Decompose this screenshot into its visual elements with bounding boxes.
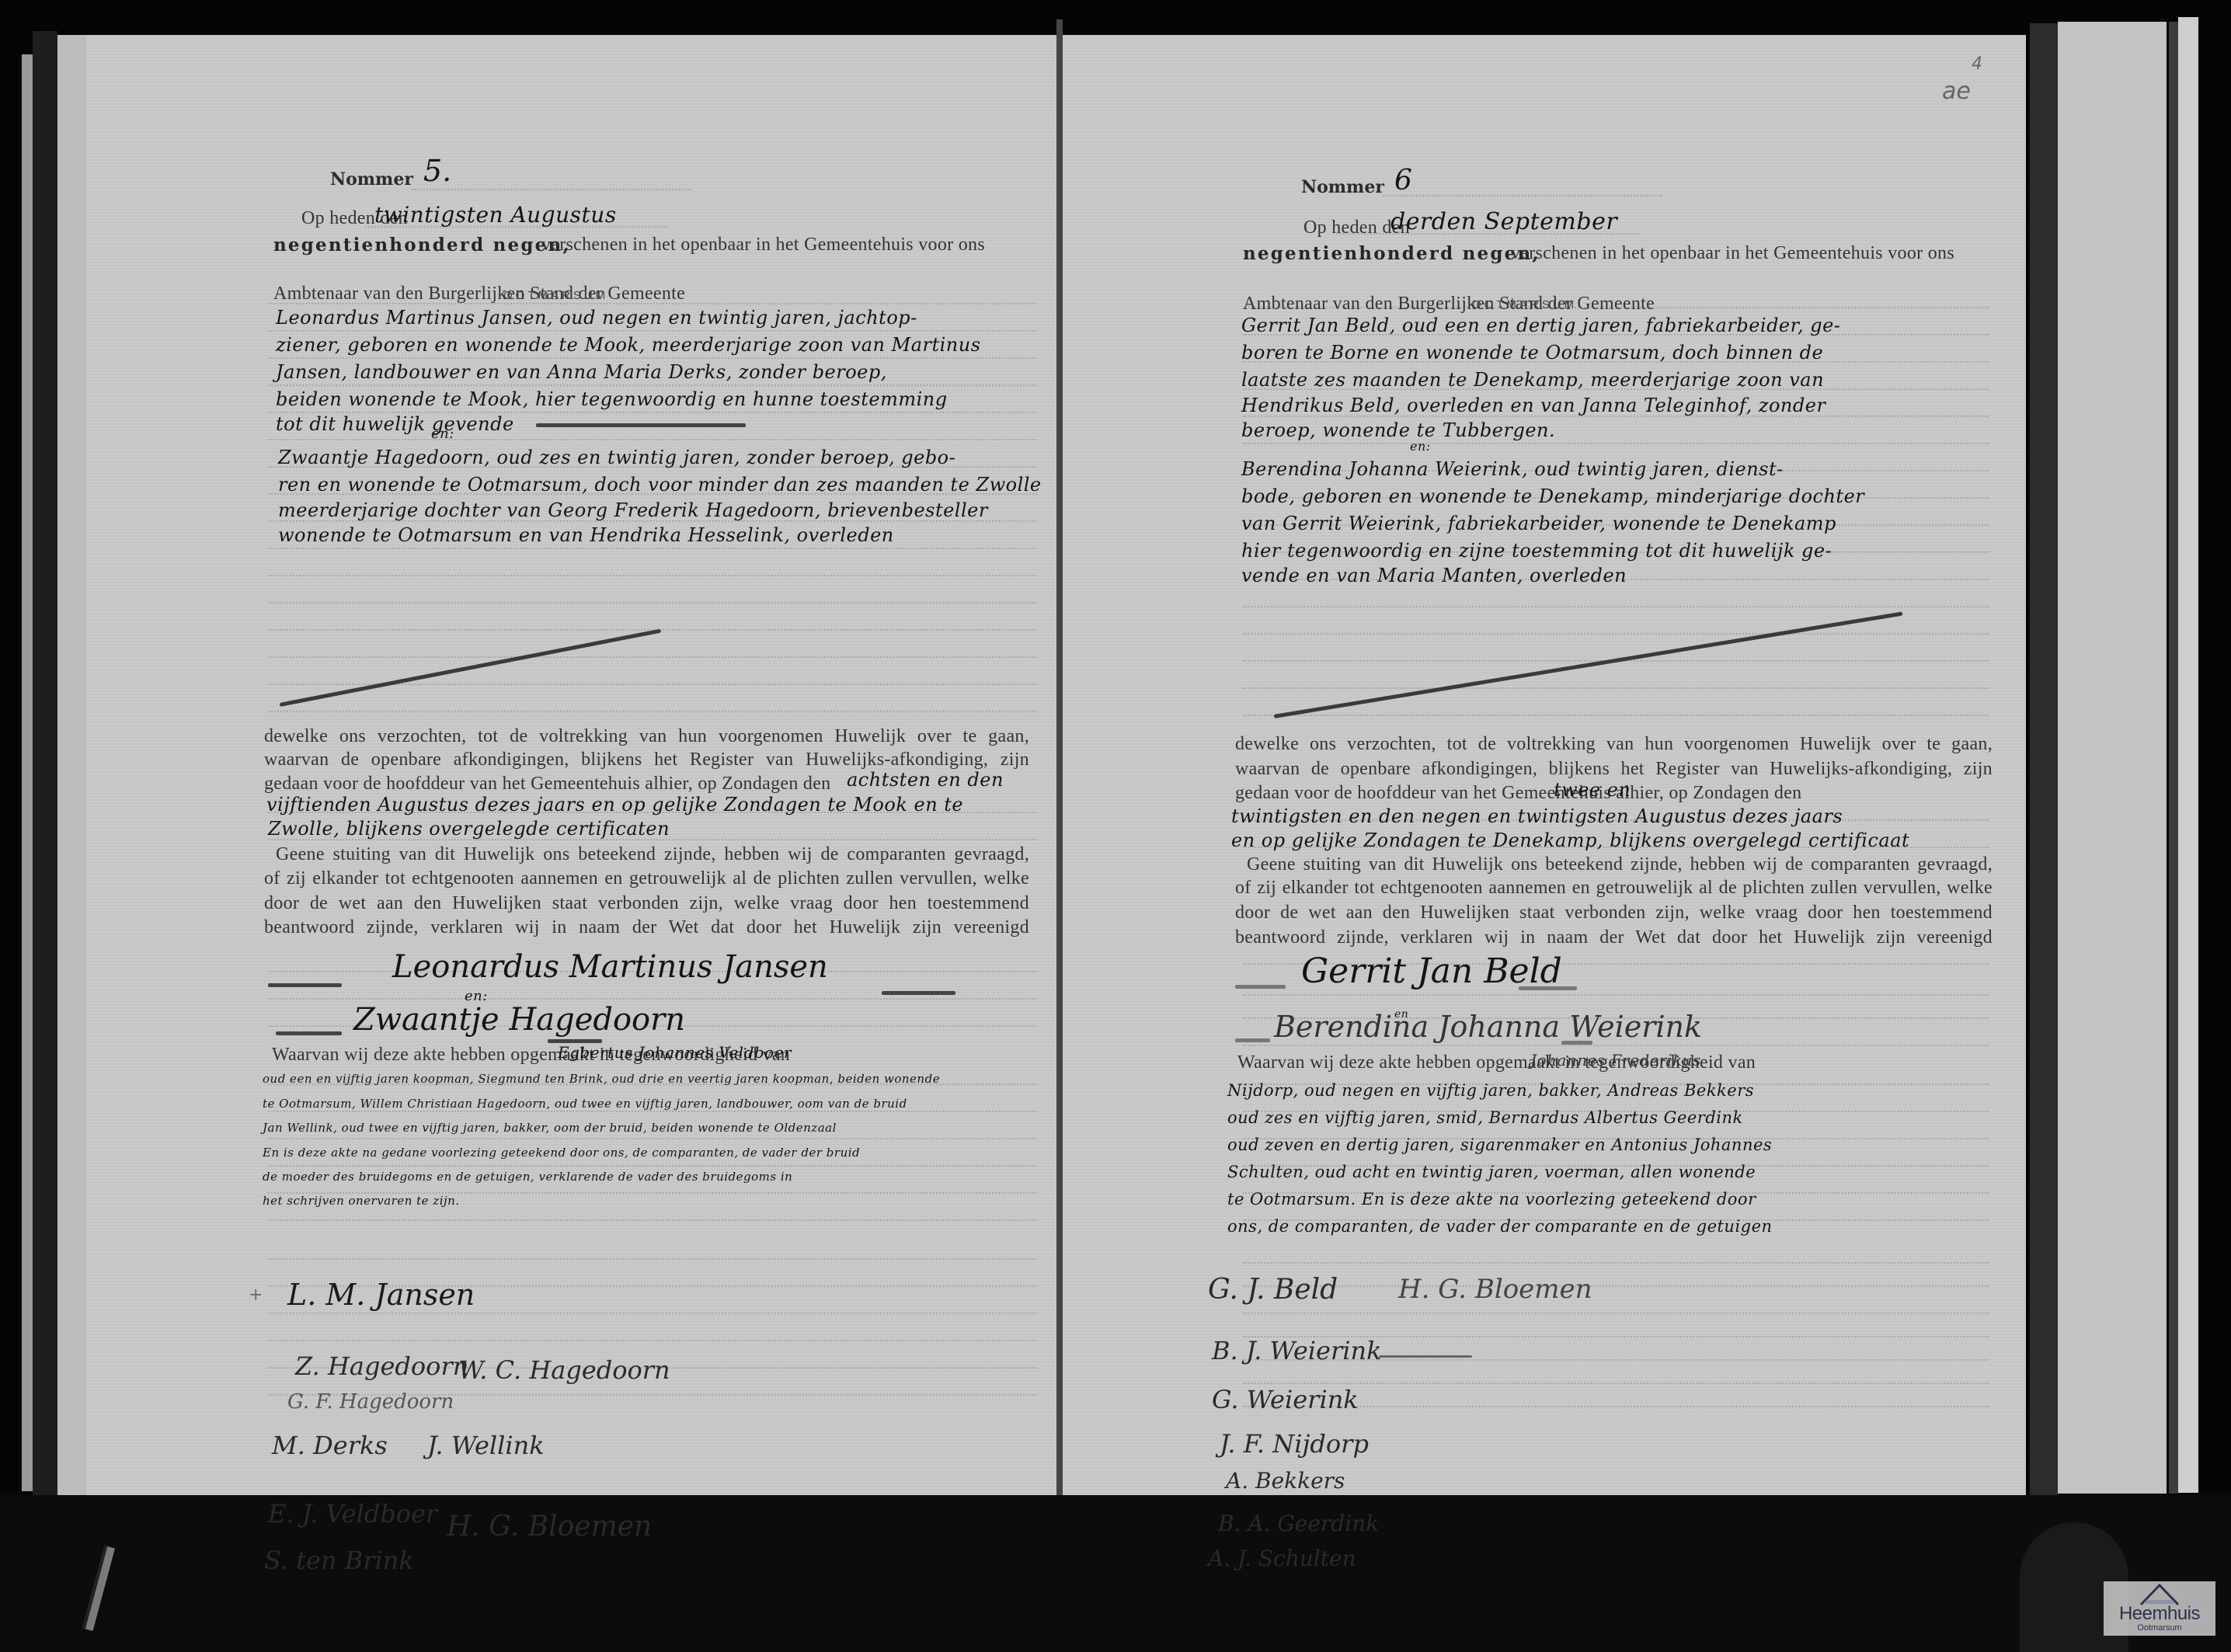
left-ambtenaar: Ambtenaar van den Burgerlijken Stand der… (273, 283, 685, 304)
right-date: derden September (1390, 208, 1617, 235)
right-bride-line: hier tegenwoordig en zijne toestemming t… (1241, 540, 1832, 562)
right-witness-line: te Ootmarsum. En is deze akte na voorlez… (1227, 1190, 1756, 1209)
pencil-mark: ae (1942, 78, 1971, 105)
right-sundays-handwritten: twintigsten en den negen en twintigsten … (1231, 805, 1843, 827)
left-bride-line: ren en wonende te Ootmarsum, doch voor m… (278, 474, 1042, 496)
right-witness-line: oud zeven en dertig jaren, sigarenmaker … (1227, 1136, 1772, 1154)
left-united-dash (268, 983, 342, 987)
left-united-dash (276, 1031, 342, 1035)
right-groom-line: laatste zes maanden te Denekamp, meerder… (1241, 369, 1824, 391)
right-bride-line: bode, geboren en wonende te Denekamp, mi… (1241, 485, 1864, 507)
left-year-bold: negentienhonderd negen, (273, 235, 571, 256)
left-groom-endline (536, 423, 746, 427)
right-witness-line: Johannes Frederikus (1530, 1051, 1701, 1069)
left-witness-line: oud een en vijftig jaren koopman, Siegmu… (263, 1072, 940, 1086)
left-bride-line: wonende te Ootmarsum en van Hendrika Hes… (278, 524, 894, 546)
signature: G. F. Hagedoorn (287, 1390, 454, 1414)
right-year-bold: negentienhonderd negen, (1243, 243, 1540, 264)
signature: H. G. Bloemen (1398, 1274, 1592, 1305)
right-gemeente: OOTMARSUM (1472, 298, 1577, 311)
right-leaf-shadow (2169, 22, 2178, 1494)
left-sundays-handwritten: achtsten en den (847, 769, 1004, 791)
signature: J. Wellink (427, 1431, 545, 1460)
left-nommer-label: Nommer (330, 169, 413, 190)
right-witness-line: oud zes en vijftig jaren, smid, Bernardu… (1227, 1108, 1743, 1127)
left-en-connector: en: (431, 426, 454, 442)
left-printed-line: waarvan de openbare afkondigingen, blijk… (264, 749, 1029, 770)
signature: J. F. Nijdorp (1220, 1429, 1369, 1459)
right-sundays-handwritten: twee en (1554, 779, 1631, 801)
signature: W. C. Hagedoorn (458, 1355, 670, 1385)
right-nommer-label: Nommer (1301, 177, 1384, 197)
left-nommer-value: 5. (423, 154, 451, 188)
right-groom-line: Hendrikus Beld, overleden en van Janna T… (1241, 395, 1826, 416)
left-witness-line: het schrijven onervaren te zijn. (263, 1194, 460, 1208)
left-printed-line: Geene stuiting van dit Huwelijk ons bete… (276, 844, 1029, 865)
book-cover-edge (22, 54, 33, 1491)
signature: G. Weierink (1212, 1385, 1359, 1414)
left-united-groom: Leonardus Martinus Jansen (392, 949, 828, 985)
right-sundays-handwritten: en op gelijke Zondagen te Denekamp, blij… (1231, 829, 1909, 851)
signature: M. Derks (272, 1431, 388, 1460)
right-line2: verschenen in het openbaar in het Gemeen… (1511, 243, 1954, 264)
left-witness-line: Jan Wellink, oud twee en vijftig jaren, … (263, 1121, 837, 1135)
right-witness-line: Schulten, oud acht en twintig jaren, voe… (1227, 1163, 1756, 1181)
left-bride-line: meerderjarige dochter van Georg Frederik… (278, 499, 988, 521)
right-cover-strip (2030, 23, 2058, 1495)
left-groom-line: Leonardus Martinus Jansen, oud negen en … (276, 307, 917, 329)
left-witness-line: Egbertus Johannes Veldboer (558, 1043, 792, 1062)
right-united-dash (1519, 986, 1577, 990)
right-printed-line: of zij elkander tot echtgenooten aanneme… (1235, 878, 1993, 899)
right-witness-line: ons, de comparanten, de vader der compar… (1227, 1217, 1773, 1236)
right-printed-line: Geene stuiting van dit Huwelijk ons bete… (1247, 854, 1993, 875)
pencil-folio-number: 4 (1972, 54, 1982, 74)
right-leaf-edge (2178, 17, 2198, 1493)
book-spine (1056, 19, 1063, 1495)
left-united-bride: Zwaantje Hagedoorn (353, 1002, 685, 1038)
signature: B. A. Geerdink (1218, 1511, 1379, 1536)
signature: B. J. Weierink (1212, 1336, 1381, 1365)
right-ambtenaar: Ambtenaar van den Burgerlijken Stand der… (1243, 294, 1655, 315)
right-united-dash (1235, 985, 1286, 989)
left-witness-line: te Ootmarsum, Willem Christiaan Hagedoor… (263, 1097, 907, 1111)
signature: H. G. Bloemen (447, 1511, 652, 1542)
left-printed-line: dewelke ons verzochten, tot de voltrekki… (264, 726, 1029, 747)
right-groom-line: Gerrit Jan Beld, oud een en dertig jaren… (1241, 315, 1840, 336)
left-groom-line: beiden wonende te Mook, hier tegenwoordi… (276, 388, 948, 410)
right-printed-line: beantwoord zijnde, verklaren wij in naam… (1235, 927, 1993, 948)
signature: Z. Hagedoorn (295, 1351, 468, 1381)
signature: G. J. Beld (1208, 1274, 1338, 1306)
left-sundays-handwritten: Zwolle, blijkens overgelegde certificate… (268, 818, 670, 840)
right-en-connector: en: (1410, 439, 1431, 454)
right-united-groom: Gerrit Jan Beld (1301, 951, 1562, 991)
right-printed-line: door de wet aan den Huwelijken staat ver… (1235, 903, 1993, 923)
left-printed-line: door de wet aan den Huwelijken staat ver… (264, 893, 1029, 914)
left-line2: verschenen in het openbaar in het Gemeen… (541, 235, 985, 256)
signature: A. J. Schulten (1208, 1546, 1356, 1571)
signature: S. ten Brink (264, 1546, 414, 1575)
left-groom-line: tot dit huwelijk gevende (276, 413, 514, 435)
right-next-leaf (2058, 22, 2167, 1494)
right-groom-line: beroep, wonende te Tubbergen. (1241, 419, 1555, 441)
right-printed-line: waarvan de openbare afkondigingen, blijk… (1235, 759, 1993, 780)
left-printed-line: gedaan voor de hoofddeur van het Gemeent… (264, 774, 830, 795)
watermark-title: Heemhuis (2104, 1603, 2215, 1625)
left-witness-line: En is deze akte na gedane voorlezing get… (263, 1146, 860, 1160)
signature: A. Bekkers (1226, 1468, 1345, 1494)
right-united-bride: Berendina Johanna Weierink (1274, 1010, 1702, 1044)
left-printed-line: beantwoord zijnde, verklaren wij in naam… (264, 917, 1029, 938)
right-printed-line: gedaan voor de hoofddeur van het Gemeent… (1235, 783, 1801, 804)
right-bride-line: vende en van Maria Manten, overleden (1241, 565, 1627, 586)
signature: E. J. Veldboer (268, 1499, 437, 1529)
heemhuis-watermark: Heemhuis Ootmarsum (2104, 1581, 2215, 1636)
book-cover-left (33, 31, 57, 1495)
right-bride-line: Berendina Johanna Weierink, oud twintig … (1241, 458, 1784, 480)
signature-underline (1379, 1355, 1472, 1358)
right-united-dash (1235, 1038, 1270, 1042)
left-united-dash (882, 991, 955, 995)
right-witness-line: Nijdorp, oud negen en vijftig jaren, bak… (1227, 1081, 1754, 1100)
signature: L. M. Jansen (287, 1278, 475, 1312)
left-gemeente: OOTMARSUM (503, 289, 608, 302)
left-page-margin (57, 35, 85, 1495)
right-printed-line: dewelke ons verzochten, tot de voltrekki… (1235, 734, 1993, 755)
right-groom-line: boren te Borne en wonende te Ootmarsum, … (1241, 342, 1823, 363)
left-date: twintigsten Augustus (374, 202, 617, 228)
left-groom-line: Jansen, landbouwer en van Anna Maria Der… (276, 361, 887, 383)
left-bride-line: Zwaantje Hagedoorn, oud zes en twintig j… (278, 447, 955, 468)
left-printed-line: of zij elkander tot echtgenooten aanneme… (264, 868, 1029, 889)
cross-mark: + (249, 1285, 263, 1305)
right-bride-line: van Gerrit Weierink, fabriekarbeider, wo… (1241, 513, 1836, 534)
left-witness-line: de moeder des bruidegoms en de getuigen,… (263, 1170, 792, 1184)
right-united-dash (1561, 1041, 1592, 1045)
left-sundays-handwritten: vijftienden Augustus dezes jaars en op g… (266, 794, 963, 816)
right-nommer-value: 6 (1394, 165, 1412, 197)
left-groom-line: ziener, geboren en wonende te Mook, meer… (276, 334, 981, 356)
watermark-subtitle: Ootmarsum (2104, 1623, 2215, 1633)
